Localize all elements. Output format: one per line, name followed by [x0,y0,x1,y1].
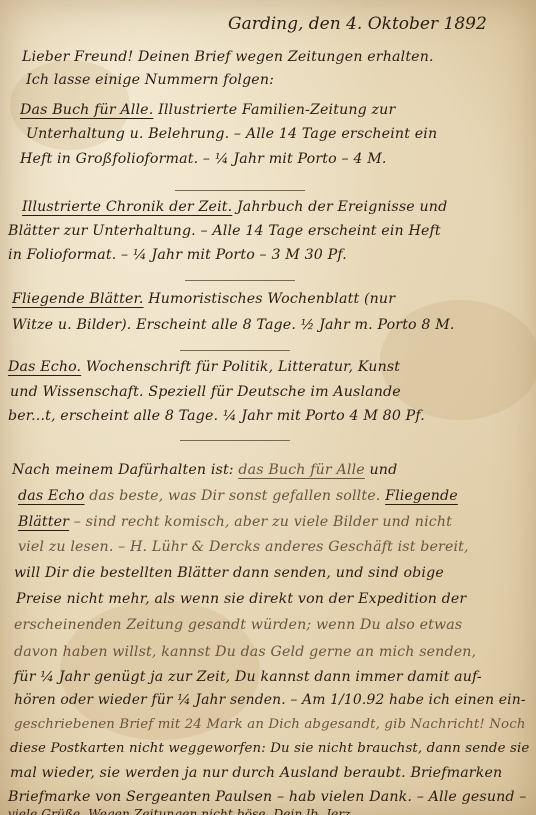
letter-line: für ¼ Jahr genügt ja zur Zeit, Du kannst… [14,670,482,684]
letter-line: und Wissenschaft. Speziell für Deutsche … [10,385,401,399]
section-divider [180,350,290,351]
newspaper-title-echo: Das Echo. [8,359,81,375]
reference-fliegende: Fliegende [385,488,458,504]
section-divider [180,440,290,441]
reference-echo: das Echo [18,488,85,504]
letter-line: Illustrierte Chronik der Zeit. Jahrbuch … [22,200,447,214]
section-divider [185,280,295,281]
letter-line: mal wieder, sie werden ja nur durch Ausl… [10,766,502,780]
letter-line: Ich lasse einige Nummern folgen: [26,73,274,87]
letter-line: Lieber Freund! Deinen Brief wegen Zeitun… [22,50,434,64]
letter-line: hören oder wieder für ¼ Jahr senden. – A… [14,694,526,708]
letter-line: will Dir die bestellten Blätter dann sen… [14,566,444,580]
letter-line: Witze u. Bilder). Erscheint alle 8 Tage.… [12,318,455,332]
letter-line: das Echo das beste, was Dir sonst gefall… [18,489,458,503]
letter-line: Unterhaltung u. Belehrung. – Alle 14 Tag… [26,127,437,141]
letter-line: Nach meinem Dafürhalten ist: das Buch fü… [12,463,397,477]
newspaper-title-fliegende-blaetter: Fliegende Blätter. [12,291,144,307]
letter-line: Blätter – sind recht komisch, aber zu vi… [18,515,452,529]
letter-line: in Folioformat. – ¼ Jahr mit Porto – 3 M… [8,248,347,262]
section-divider [175,190,305,191]
letter-line: erscheinenden Zeitung gesandt würden; we… [14,618,462,632]
newspaper-title-buch-fuer-alle: Das Buch für Alle. [20,102,153,118]
letter-line: Das Echo. Wochenschrift für Politik, Lit… [8,360,400,374]
signature: Jerz. [326,807,355,815]
letter-line: Heft in Großfolioformat. – ¼ Jahr mit Po… [20,152,387,166]
letter-line: Das Buch für Alle. Illustrierte Familien… [20,103,395,117]
place-date-heading: Garding, den 4. Oktober 1892 [228,14,487,34]
letter-line: Blätter zur Unterhaltung. – Alle 14 Tage… [8,224,441,238]
letter-line: geschriebenen Brief mit 24 Mark an Dich … [14,718,526,731]
letter-line: davon haben willst, kannst Du das Geld g… [14,645,476,659]
newspaper-title-chronik: Illustrierte Chronik der Zeit. [22,199,232,215]
letter-line: Briefmarke von Sergeanten Paulsen – hab … [8,790,527,804]
reference-buch-fuer-alle: das Buch für Alle [238,462,364,478]
letter-page: Garding, den 4. Oktober 1892 Lieber Freu… [0,0,536,815]
letter-line: Fliegende Blätter. Humoristisches Wochen… [12,292,395,306]
reference-blaetter: Blätter [18,514,69,530]
letter-line: diese Postkarten nicht weggeworfen: Du s… [10,742,529,755]
letter-line: ber...t, erscheint alle 8 Tage. ¼ Jahr m… [8,409,425,423]
letter-line: viel zu lesen. – H. Lühr & Dercks andere… [18,540,469,554]
letter-line: Preise nicht mehr, als wenn sie direkt v… [16,592,466,606]
letter-line: viele Grüße. Wegen Zeitungen nicht böse,… [8,808,355,815]
